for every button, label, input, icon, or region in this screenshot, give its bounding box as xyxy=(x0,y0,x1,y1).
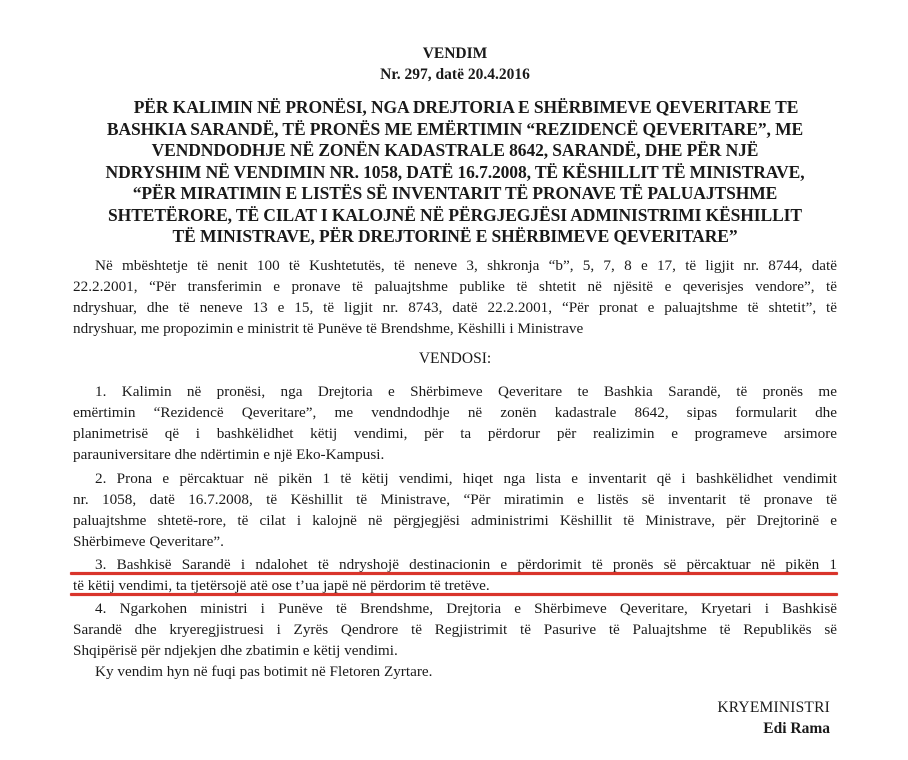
signatory-title: KRYEMINISTRI xyxy=(717,697,830,718)
title-line: BASHKIA SARANDË, TË PRONËS ME EMËRTIMIN … xyxy=(73,119,837,141)
text-line: nr. 1058, datë 16.7.2008, të Këshillit t… xyxy=(73,489,837,510)
title-line: TË MINISTRAVE, PËR DREJTORINË E SHËRBIME… xyxy=(73,226,837,248)
red-underline-annotation xyxy=(70,593,838,596)
text-line: 22.2.2001, “Për transferimin e pronave t… xyxy=(73,276,837,297)
decides-label: VENDOSI: xyxy=(73,348,837,369)
title-line: NDRYSHIM NË VENDIMIN NR. 1058, DATË 16.7… xyxy=(73,162,837,184)
signatory-name: Edi Rama xyxy=(717,718,830,739)
text-line: 1. Kalimin në pronësi, nga Drejtoria e S… xyxy=(73,381,837,402)
text-line: paluajtshme shtetë-rore, të cilat i kalo… xyxy=(73,510,837,531)
decision-item-3-highlighted: 3. Bashkisë Sarandë i ndalohet të ndrysh… xyxy=(73,554,837,596)
decision-number: Nr. 297, datë 20.4.2016 xyxy=(73,64,837,85)
decision-item-1: 1. Kalimin në pronësi, nga Drejtoria e S… xyxy=(73,381,837,465)
closing-statement: Ky vendim hyn në fuqi pas botimit në Fle… xyxy=(73,661,837,682)
text-line: Shërbimeve Qeveritare”. xyxy=(73,531,837,552)
preamble-paragraph: Në mbështetje të nenit 100 të Kushtetutë… xyxy=(73,255,837,339)
text-line: 4. Ngarkohen ministri i Punëve të Brends… xyxy=(73,598,837,619)
text-line: Sarandë dhe kryeregjistruesi i Zyrës Qen… xyxy=(73,619,837,640)
text-line: 2. Prona e përcaktuar në pikën 1 të këti… xyxy=(73,468,837,489)
decision-title: PËR KALIMIN NË PRONËSI, NGA DREJTORIA E … xyxy=(73,97,837,248)
document-heading: VENDIM xyxy=(73,43,837,64)
text-line: planimetrisë që i bashkëlidhet këtij ven… xyxy=(73,423,837,444)
red-underline-annotation xyxy=(70,572,838,575)
title-line: “PËR MIRATIMIN E LISTËS SË INVENTARIT TË… xyxy=(73,183,837,205)
title-line: SHTETËRORE, TË CILAT I KALOJNË NË PËRGJE… xyxy=(73,205,837,227)
text-line: parauniversitare dhe ndërtimin e një Eko… xyxy=(73,444,837,465)
text-line: emërtimin “Rezidencë Qeveritare”, me ven… xyxy=(73,402,837,423)
decision-item-2: 2. Prona e përcaktuar në pikën 1 të këti… xyxy=(73,468,837,552)
text-line: ndryshuar, me propozimin e ministrit të … xyxy=(73,318,837,339)
title-line: VENDNDODHJE NË ZONËN KADASTRALE 8642, SA… xyxy=(73,140,837,162)
signature-block: KRYEMINISTRI Edi Rama xyxy=(717,697,830,739)
text-line: Shqipërisë për ndjekjen dhe zbatimin e k… xyxy=(73,640,837,661)
text-line: ndryshuar, dhe të neneve 13 e 15, të lig… xyxy=(73,297,837,318)
title-line: PËR KALIMIN NË PRONËSI, NGA DREJTORIA E … xyxy=(73,97,837,119)
text-line: Ky vendim hyn në fuqi pas botimit në Fle… xyxy=(73,661,837,682)
decision-item-4: 4. Ngarkohen ministri i Punëve të Brends… xyxy=(73,598,837,661)
text-line: Në mbështetje të nenit 100 të Kushtetutë… xyxy=(73,255,837,276)
